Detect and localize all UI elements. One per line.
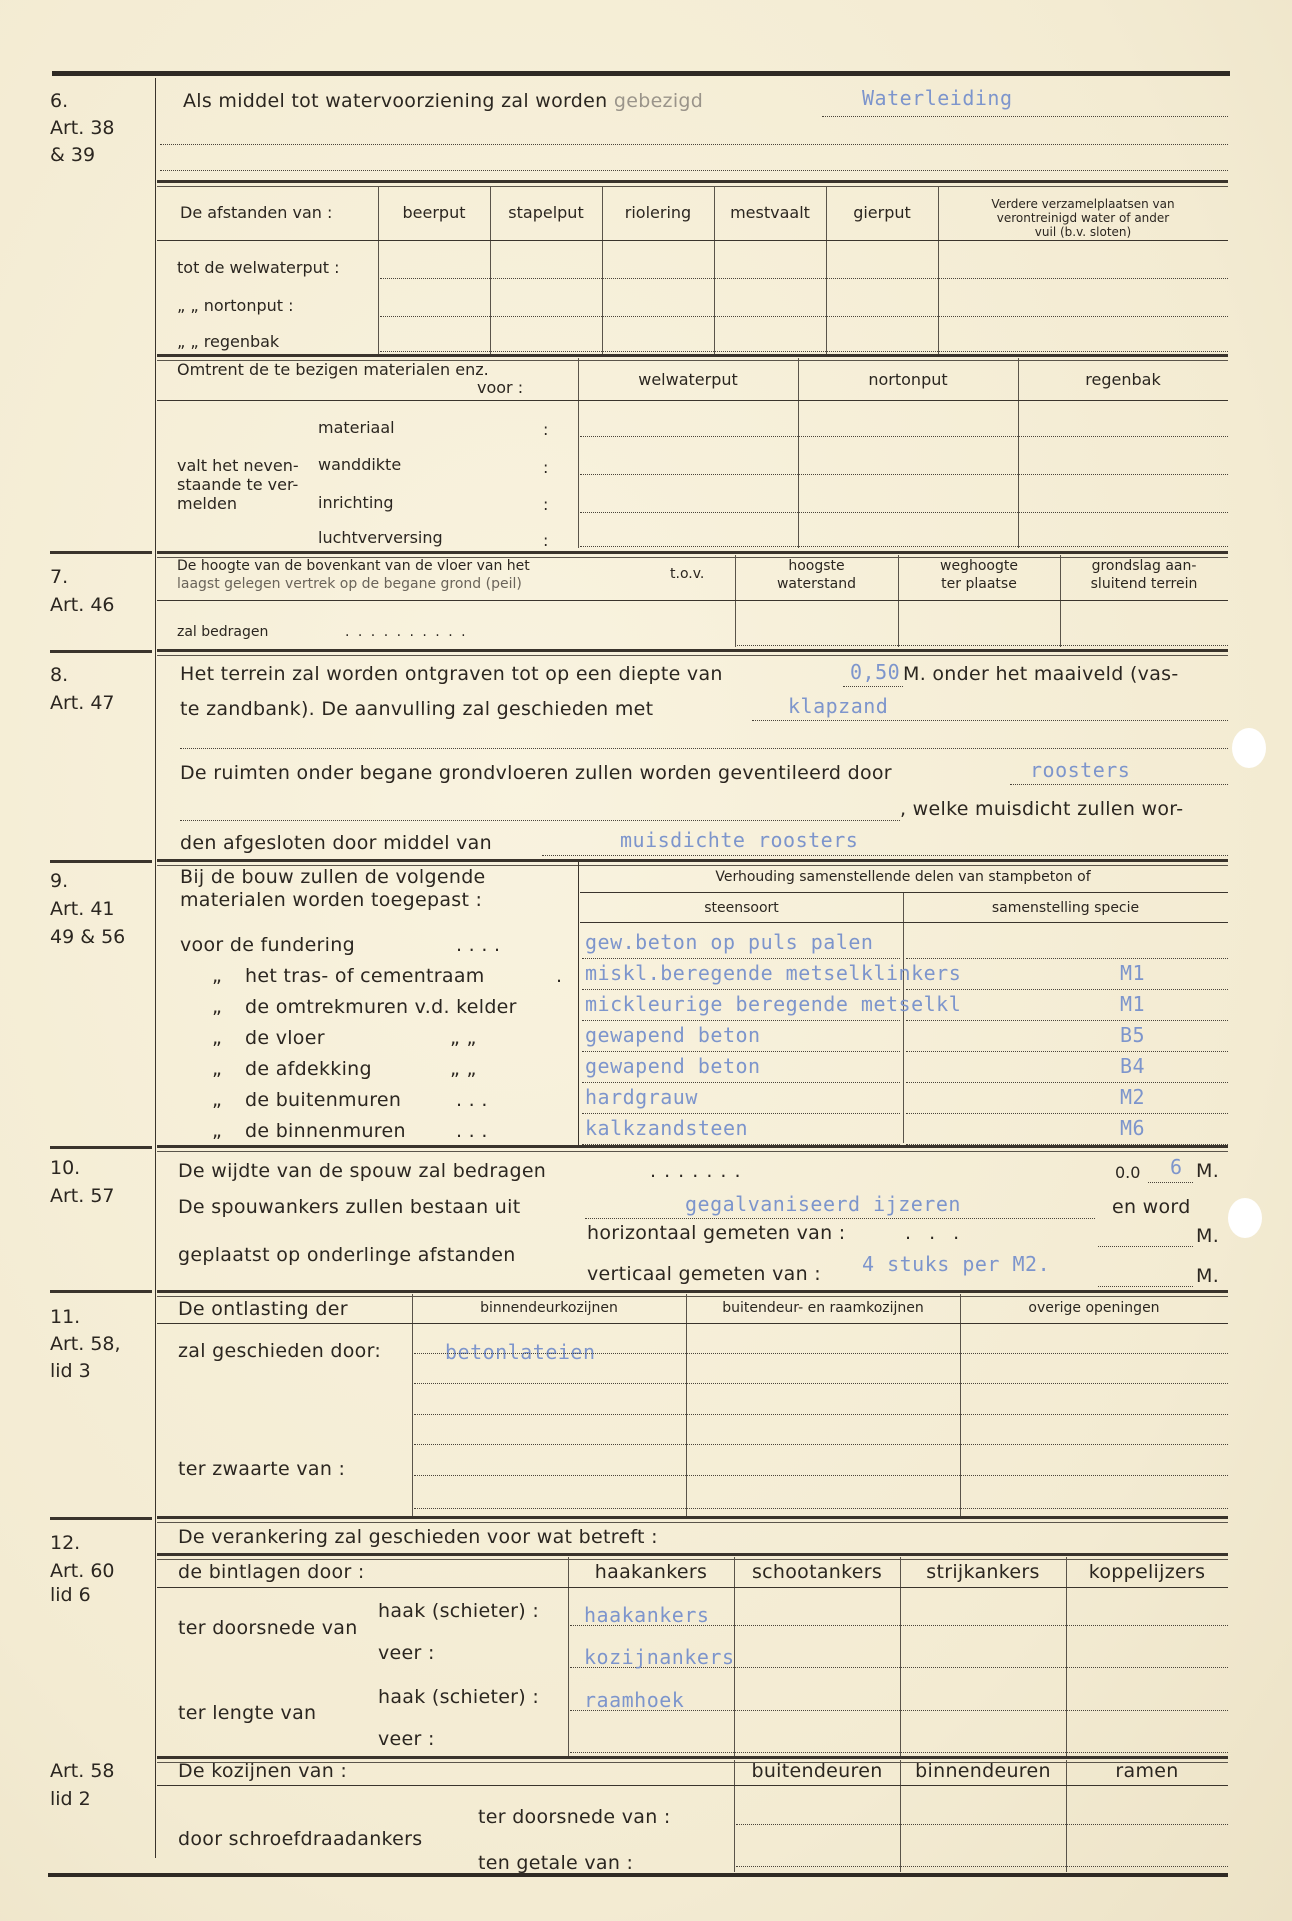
- margin-rule: [50, 860, 152, 863]
- punch-hole: [1228, 1198, 1262, 1238]
- section-label: ter doorsnede van: [178, 1617, 358, 1639]
- margin-rule: [50, 1517, 152, 1520]
- cavity-width-field[interactable]: 6: [1170, 1155, 1183, 1179]
- frame-anchor-field[interactable]: [736, 1824, 1228, 1825]
- excavation-label-tail: M. onder het maaiveld (vas-: [903, 663, 1179, 685]
- col-header: binnendeurkozijnen: [412, 1300, 686, 1316]
- article-ref-2: 49 & 56: [50, 924, 125, 951]
- header-line: Verdere verzamelplaatsen van: [938, 197, 1228, 211]
- material-row-label: de omtrekmuren v.d. kelder: [245, 996, 517, 1018]
- blank-line[interactable]: [180, 820, 900, 821]
- leader-dots: „ „: [450, 1027, 477, 1049]
- anchor-value[interactable]: haakankers: [584, 1603, 709, 1627]
- row-label: ter zwaarte van :: [178, 1458, 345, 1480]
- materials-voor: voor :: [477, 378, 523, 397]
- colon: :: [543, 495, 548, 514]
- article-ref: Art. 58: [50, 1758, 115, 1785]
- top-rule: [52, 71, 1230, 76]
- desc-line: De hoogte van de bovenkant van de vloer …: [177, 557, 530, 575]
- leader-dots: . . .: [456, 1120, 488, 1142]
- water-supply-label: Als middel tot watervoorziening zal word…: [183, 90, 703, 112]
- steensoort-field-line: [582, 958, 900, 959]
- material-field[interactable]: [580, 436, 1228, 437]
- material-row-label: de binnenmuren: [245, 1120, 406, 1142]
- colon: :: [543, 458, 548, 477]
- cavity-anchor-field[interactable]: gegalvaniseerd ijzeren: [685, 1192, 961, 1216]
- specie-field-line: [906, 1051, 1228, 1052]
- anchor-field[interactable]: [570, 1752, 1228, 1753]
- intro-line: Bij de bouw zullen de volgende: [180, 866, 486, 889]
- unit-label: M.: [1196, 1160, 1219, 1182]
- margin-rule: [50, 1146, 152, 1149]
- anchoring-title: De verankering zal geschieden voor wat b…: [178, 1526, 658, 1548]
- anchor-value[interactable]: kozijnankers: [584, 1645, 735, 1669]
- ratio-header: Verhouding samenstellende delen van stam…: [578, 869, 1228, 885]
- specie-field-line: [906, 958, 1228, 959]
- steensoort-field-line: [582, 1082, 900, 1083]
- distance-row-field[interactable]: [380, 278, 1228, 279]
- discharge-field[interactable]: [414, 1414, 1228, 1415]
- article-ref: Art. 47: [50, 690, 115, 717]
- spring-label: veer :: [378, 1642, 435, 1664]
- screw-anchor-label: door schroefdraadankers: [178, 1828, 422, 1850]
- col-header: weghoogteter plaatse: [898, 557, 1060, 593]
- col-header: riolering: [602, 203, 714, 222]
- col-header: gierput: [826, 203, 938, 222]
- horizontal-field[interactable]: [1098, 1246, 1193, 1247]
- article-ref: Art. 41: [50, 896, 115, 923]
- tov-label: t.o.v.: [670, 566, 704, 582]
- colon: :: [543, 531, 548, 550]
- frames-label: De kozijnen van :: [178, 1760, 347, 1782]
- materials-label: Omtrent de te bezigen materialen enz.: [177, 360, 489, 379]
- col-header: welwaterput: [578, 370, 798, 389]
- specie-field[interactable]: M1: [1120, 992, 1145, 1016]
- col-header: overige openingen: [960, 1300, 1228, 1316]
- header-line: vuil (b.v. sloten): [938, 225, 1228, 239]
- header-line: grondslag aan-: [1060, 557, 1228, 575]
- section-number: 6.: [50, 88, 68, 115]
- distance-row-field[interactable]: [380, 351, 1228, 352]
- field-line: [752, 720, 1228, 721]
- header-line: waterstand: [735, 575, 898, 593]
- row-rule: [157, 400, 1228, 401]
- cavity-anchor-label: De spouwankers zullen bestaan uit: [178, 1196, 520, 1218]
- steensoort-field[interactable]: kalkzandsteen: [585, 1116, 748, 1140]
- row-label: wanddikte: [318, 455, 401, 474]
- discharge-field[interactable]: [414, 1444, 1228, 1445]
- bottom-rule: [48, 1873, 1228, 1877]
- ditto-mark: „: [212, 1027, 222, 1049]
- water-supply-field[interactable]: Waterleiding: [862, 86, 1013, 110]
- steensoort-field-line: [582, 1113, 900, 1114]
- ditto-mark: „: [212, 996, 222, 1018]
- discharge-field[interactable]: [414, 1383, 1228, 1384]
- field-line: [542, 855, 1228, 856]
- double-rule: [157, 1145, 1228, 1152]
- leader-dots: .: [556, 965, 562, 987]
- field-line: [1148, 1182, 1193, 1183]
- unit-label: M.: [1196, 1225, 1219, 1247]
- form-page: 6. Art. 38 & 39 Als middel tot watervoor…: [0, 0, 1292, 1921]
- material-row-label: voor de fundering: [180, 934, 355, 956]
- margin-rule: [50, 650, 152, 653]
- col-header: grondslag aan-sluitend terrein: [1060, 557, 1228, 593]
- article-ref: Art. 60: [50, 1558, 115, 1585]
- col-header: ramen: [1066, 1760, 1228, 1782]
- article-ref-2: lid 3: [50, 1358, 91, 1385]
- col-sep: [578, 862, 579, 1146]
- article-ref-2: lid 2: [50, 1786, 91, 1813]
- leader-dots: . . .: [456, 1089, 488, 1111]
- ditto-mark: „: [212, 1058, 222, 1080]
- section-number: 12.: [50, 1530, 80, 1557]
- col-header: koppelijzers: [1066, 1561, 1228, 1583]
- header-line: hoogste: [735, 557, 898, 575]
- material-row-label: de afdekking: [245, 1058, 372, 1080]
- colon: :: [543, 420, 548, 439]
- spacing-label: geplaatst op onderlinge afstanden: [178, 1244, 516, 1266]
- double-rule: [157, 1553, 1228, 1560]
- ventilation-label: De ruimten onder begane grondvloeren zul…: [180, 762, 892, 784]
- double-rule: [157, 859, 1228, 866]
- row-rule: [580, 892, 1228, 893]
- article-ref-2: lid 6: [50, 1582, 91, 1609]
- distance-row-field[interactable]: [380, 316, 1228, 317]
- height-field[interactable]: [737, 645, 1228, 646]
- steensoort-field[interactable]: miskl.beregende metselklinkers: [585, 961, 961, 985]
- floor-height-desc: De hoogte van de bovenkant van de vloer …: [177, 557, 530, 593]
- section-number: 10.: [50, 1155, 80, 1182]
- blank-line: [180, 748, 1228, 749]
- col-header: stapelput: [490, 203, 602, 222]
- ditto-mark: „: [212, 965, 222, 987]
- ditto-mark: „: [212, 1120, 222, 1142]
- section-number: 8.: [50, 662, 68, 689]
- col-header: strijkankers: [900, 1561, 1066, 1583]
- header-line: ter plaatse: [898, 575, 1060, 593]
- vertical-label: verticaal gemeten van :: [587, 1263, 821, 1285]
- closure-field[interactable]: muisdichte roosters: [620, 828, 858, 852]
- material-field[interactable]: [580, 546, 1228, 547]
- field-line: [843, 686, 903, 687]
- col-header: mestvaalt: [714, 203, 826, 222]
- specie-field-line: [906, 989, 1228, 990]
- steensoort-field[interactable]: gew.beton op puls palen: [585, 930, 873, 954]
- header-line: sluitend terrein: [1060, 575, 1228, 593]
- row-label: „ „ nortonput :: [177, 296, 294, 315]
- row-label: zal geschieden door:: [178, 1340, 381, 1362]
- blank-line: [160, 144, 1228, 145]
- article-ref: Art. 38: [50, 115, 115, 142]
- label-tail: en word: [1112, 1196, 1191, 1218]
- discharge-field[interactable]: [414, 1508, 1228, 1509]
- lintel-field[interactable]: betonlateien: [445, 1340, 596, 1364]
- double-rule: [157, 649, 1228, 656]
- col-header-other: Verdere verzamelplaatsen van verontreini…: [938, 197, 1228, 239]
- depth-field[interactable]: 0,50: [850, 660, 900, 684]
- row-rule: [157, 600, 1228, 601]
- unit-label: M.: [1196, 1265, 1219, 1287]
- col-sep: [686, 1294, 687, 1516]
- note-line: valt het neven-: [177, 456, 299, 475]
- materials-intro: Bij de bouw zullen de volgende materiale…: [180, 866, 486, 912]
- spring-label: veer :: [378, 1728, 435, 1750]
- field-line: [1098, 1286, 1193, 1287]
- faded-text: gebezigd: [614, 90, 703, 112]
- row-label: „ „ regenbak: [177, 332, 279, 351]
- field-line: [1010, 784, 1228, 785]
- double-rule: [157, 1516, 1228, 1523]
- material-row-label: de vloer: [245, 1027, 325, 1049]
- steensoort-field-line: [582, 989, 900, 990]
- row-rule: [580, 922, 1228, 923]
- leader-dots: . . . . . . .: [650, 1160, 742, 1182]
- anchor-value[interactable]: raamhoek: [584, 1688, 684, 1712]
- section-number: 11.: [50, 1304, 80, 1331]
- col-header: schootankers: [734, 1561, 900, 1583]
- col-header-steensoort: steensoort: [580, 900, 903, 916]
- length-label: ter lengte van: [178, 1702, 316, 1724]
- steensoort-field-line: [582, 1051, 900, 1052]
- steensoort-field[interactable]: mickleurige beregende metselkl: [585, 992, 961, 1016]
- specie-field[interactable]: B4: [1120, 1054, 1145, 1078]
- note-line: staande te ver-: [177, 475, 299, 494]
- steensoort-field[interactable]: hardgrauw: [585, 1085, 698, 1109]
- col-sep: [412, 1294, 413, 1516]
- col-header-specie: samenstelling specie: [903, 900, 1228, 916]
- row-label: materiaal: [318, 418, 395, 437]
- leader-dots: . . . .: [456, 934, 500, 956]
- steensoort-field-line: [582, 1020, 900, 1021]
- specie-field-line: [906, 1113, 1228, 1114]
- header-line: weghoogte: [898, 557, 1060, 575]
- double-rule: [157, 180, 1228, 187]
- field-line: [585, 1218, 1095, 1219]
- row-rule: [157, 240, 1228, 241]
- leader-dots: . . .: [905, 1222, 965, 1244]
- vertical-field[interactable]: 4 stuks per M2.: [862, 1252, 1050, 1276]
- joists-label: de bintlagen door :: [178, 1561, 365, 1583]
- margin-rule: [50, 1290, 152, 1293]
- col-header: hoogstewaterstand: [735, 557, 898, 593]
- col-header: nortonput: [798, 370, 1018, 389]
- margin-rule: [50, 551, 152, 554]
- count-label: ten getale van :: [478, 1852, 633, 1874]
- desc-line: laagst gelegen vertrek op de begane gron…: [177, 575, 530, 593]
- bedragen-label: zal bedragen: [177, 624, 268, 640]
- mouseproof-label: , welke muisdicht zullen wor-: [900, 798, 1183, 820]
- ventilation-field[interactable]: roosters: [1030, 758, 1130, 782]
- header-line: verontreinigd water of ander: [938, 211, 1228, 225]
- closure-label: den afgesloten door middel van: [180, 832, 492, 854]
- col-header: haakankers: [568, 1561, 734, 1583]
- specie-field[interactable]: B5: [1120, 1023, 1145, 1047]
- material-row-label: de buitenmuren: [245, 1089, 401, 1111]
- fill-field[interactable]: klapzand: [788, 694, 888, 718]
- hook-label: haak (schieter) :: [378, 1600, 539, 1622]
- row-label: tot de welwaterput :: [177, 258, 340, 277]
- article-ref: Art. 46: [50, 592, 115, 619]
- note-line: melden: [177, 494, 299, 513]
- cavity-width-label: De wijdte van de spouw zal bedragen: [178, 1160, 546, 1182]
- col-header: regenbak: [1018, 370, 1228, 389]
- discharge-field[interactable]: [414, 1353, 1228, 1354]
- leader-dots: . . . . . . . . . .: [345, 624, 468, 640]
- col-header: buitendeuren: [734, 1760, 900, 1782]
- row-rule: [157, 1785, 1228, 1786]
- width-prefix: 0.0: [1115, 1163, 1140, 1182]
- specie-field-line: [906, 1082, 1228, 1083]
- material-field[interactable]: [580, 512, 1228, 513]
- col-header: beerput: [378, 203, 490, 222]
- double-rule: [157, 1290, 1228, 1297]
- article-ref: Art. 57: [50, 1183, 115, 1210]
- column-divider: [155, 78, 156, 1858]
- col-sep: [960, 1294, 961, 1516]
- article-ref-2: & 39: [50, 142, 95, 169]
- row-label: inrichting: [318, 493, 394, 512]
- materials-side-note: valt het neven- staande te ver- melden: [177, 456, 299, 513]
- section-number: 7.: [50, 564, 68, 591]
- water-supply-field-line: [822, 116, 1228, 117]
- horizontal-label: horizontaal gemeten van :: [587, 1222, 846, 1244]
- material-field[interactable]: [580, 474, 1228, 475]
- distances-label: De afstanden van :: [180, 203, 332, 222]
- steensoort-field[interactable]: gewapend beton: [585, 1023, 761, 1047]
- fill-label: te zandbank). De aanvulling zal geschied…: [180, 698, 653, 720]
- label-text: Als middel tot watervoorziening zal word…: [183, 90, 608, 112]
- specie-field[interactable]: M1: [1120, 961, 1145, 985]
- col-header: buitendeur- en raamkozijnen: [686, 1300, 960, 1316]
- row-label: luchtverversing: [318, 528, 443, 547]
- material-row-label: het tras- of cementraam: [245, 965, 485, 987]
- col-header: binnendeuren: [900, 1760, 1066, 1782]
- punch-hole: [1232, 728, 1266, 768]
- discharge-field[interactable]: [414, 1475, 1228, 1476]
- frame-anchor-field[interactable]: [736, 1866, 1228, 1867]
- specie-field[interactable]: M2: [1120, 1085, 1145, 1109]
- steensoort-field[interactable]: gewapend beton: [585, 1054, 761, 1078]
- ditto-mark: „: [212, 1089, 222, 1111]
- intro-line: materialen worden toegepast :: [180, 889, 486, 912]
- section-number: 9.: [50, 868, 68, 895]
- leader-dots: „ „: [450, 1058, 477, 1080]
- row-rule: [157, 1587, 1228, 1588]
- excavation-label: Het terrein zal worden ontgraven tot op …: [180, 663, 723, 685]
- specie-field-line: [906, 1020, 1228, 1021]
- blank-line: [160, 170, 1228, 171]
- specie-field[interactable]: M6: [1120, 1116, 1145, 1140]
- hook-label: haak (schieter) :: [378, 1686, 539, 1708]
- article-ref: Art. 58,: [50, 1331, 121, 1358]
- row-rule: [157, 1323, 1228, 1324]
- section-label: ter doorsnede van :: [478, 1806, 671, 1828]
- col-sep: [903, 893, 904, 1143]
- discharge-label: De ontlasting der: [178, 1298, 348, 1320]
